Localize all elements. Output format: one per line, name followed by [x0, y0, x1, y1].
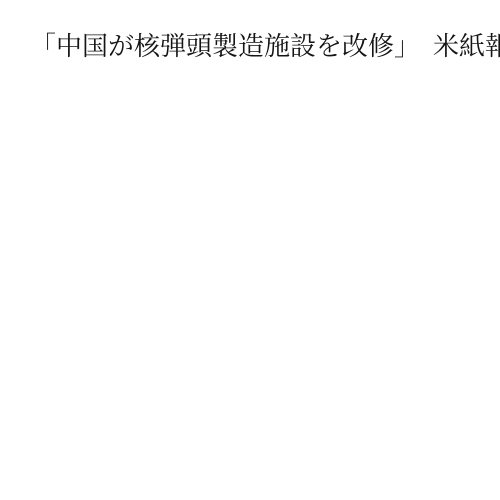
- article-headline: 「中国が核弾頭製造施設を改修」 米紙報: [30, 32, 500, 62]
- article-page: 「中国が核弾頭製造施設を改修」 米紙報: [0, 0, 500, 500]
